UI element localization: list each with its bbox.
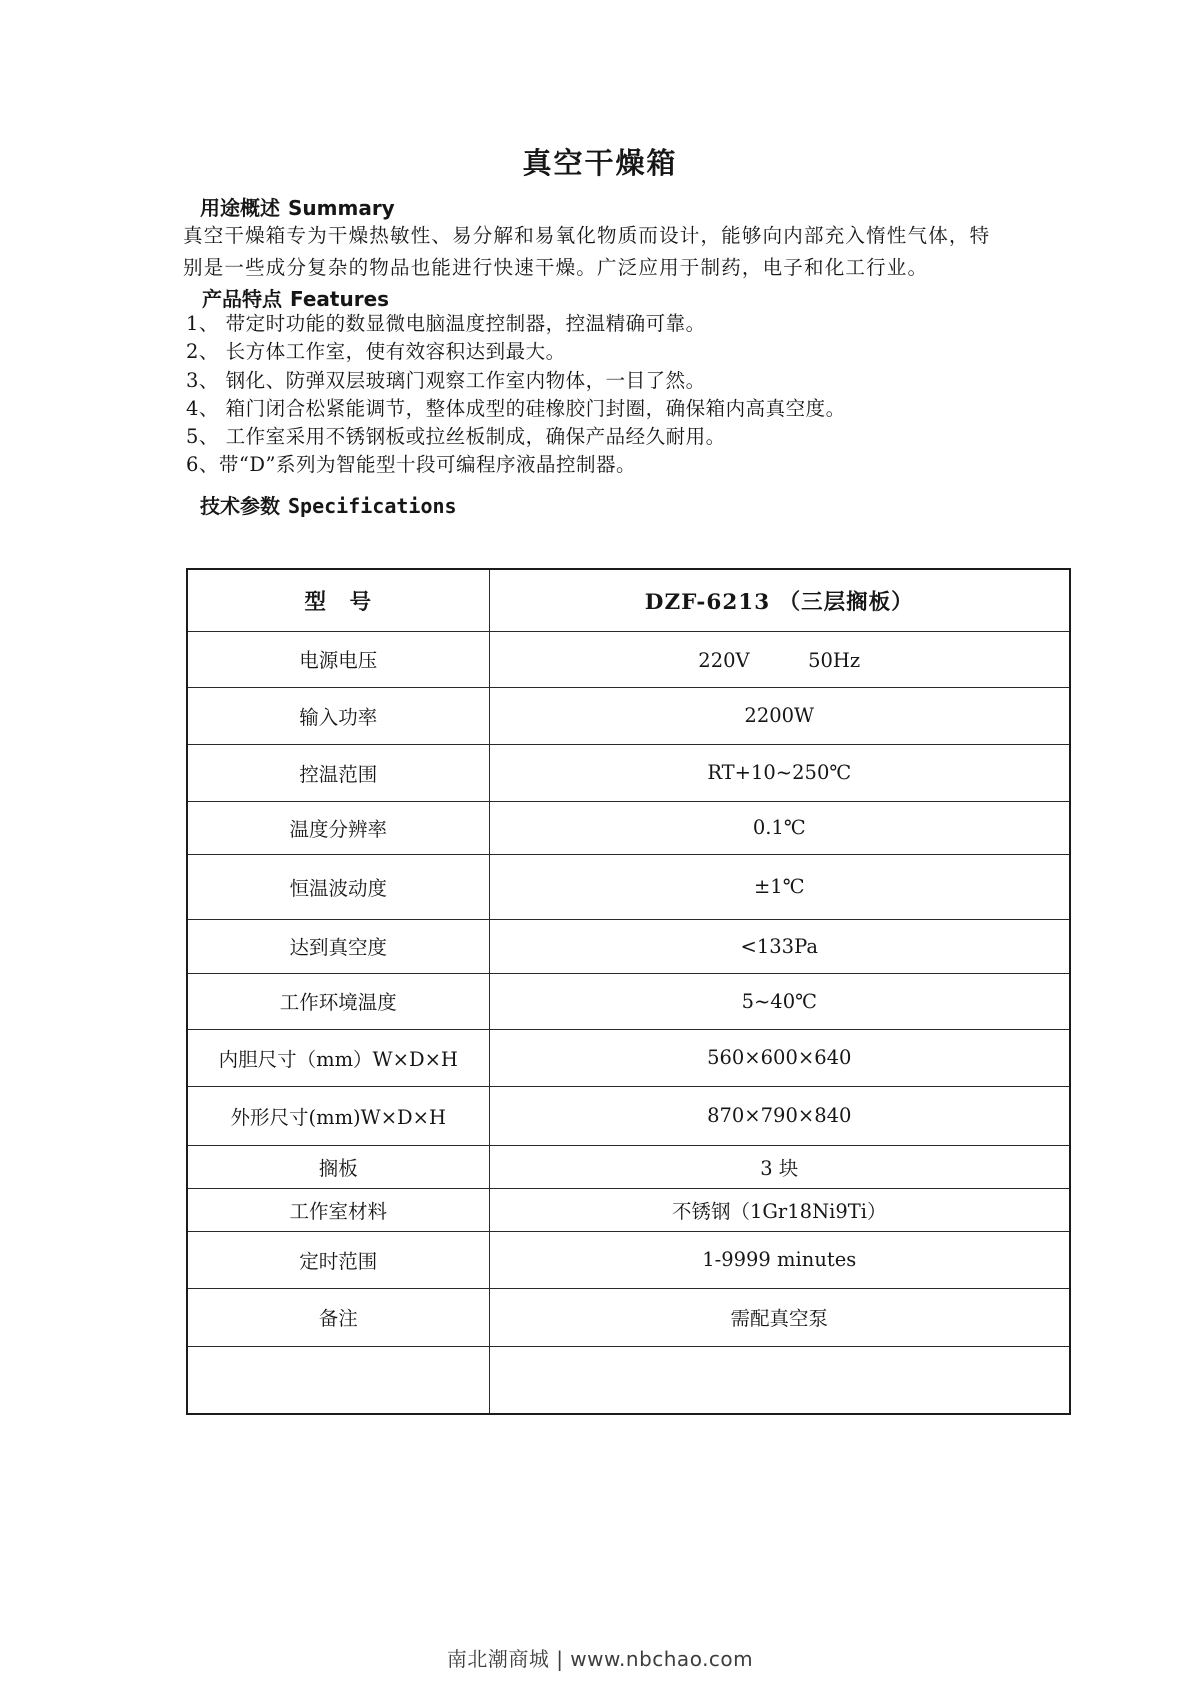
features-heading-zh: 产品特点	[202, 287, 282, 311]
spec-label-cell: 工作环境温度	[187, 973, 489, 1029]
summary-heading-en: Summary	[288, 196, 395, 220]
specs-heading-en: Specifications	[288, 494, 457, 518]
features-list: 1、 带定时功能的数显微电脑温度控制器，控温精确可靠。 2、 长方体工作室，使有…	[186, 310, 1046, 480]
spec-value-cell: <133Pa	[489, 919, 1070, 973]
spec-label-cell: 定时范围	[187, 1231, 489, 1288]
footer: 南北潮商城 | www.nbchao.com	[0, 1643, 1200, 1672]
feature-item: 3、 钢化、防弹双层玻璃门观察工作室内物体，一目了然。	[186, 367, 1046, 395]
table-row: 内胆尺寸（mm）W×D×H 560×600×640	[187, 1029, 1070, 1086]
feature-item: 5、 工作室采用不锈钢板或拉丝板制成，确保产品经久耐用。	[186, 423, 1046, 451]
spec-label-cell: 工作室材料	[187, 1188, 489, 1231]
section-heading-features: 产品特点Features	[202, 283, 389, 312]
section-heading-summary: 用途概述Summary	[200, 192, 395, 221]
spec-value-cell: 0.1℃	[489, 801, 1070, 854]
table-row: 外形尺寸(mm)W×D×H 870×790×840	[187, 1086, 1070, 1145]
feature-item: 1、 带定时功能的数显微电脑温度控制器，控温精确可靠。	[186, 310, 1046, 338]
features-heading-en: Features	[290, 287, 389, 311]
table-row: 搁板 3 块	[187, 1145, 1070, 1188]
paragraph-line: 真空干燥箱专为干燥热敏性、易分解和易氧化物质而设计，能够向内部充入惰性气体，特	[183, 220, 1028, 252]
spec-value-cell: 560×600×640	[489, 1029, 1070, 1086]
spec-value-cell: 5~40℃	[489, 973, 1070, 1029]
spec-value-cell: 1-9999 minutes	[489, 1231, 1070, 1288]
table-row: 工作环境温度 5~40℃	[187, 973, 1070, 1029]
specifications-table: 型 号 DZF-6213 （三层搁板） 电源电压 220V 50Hz 输入功率 …	[186, 568, 1071, 1415]
table-row: 达到真空度 <133Pa	[187, 919, 1070, 973]
footer-text: 南北潮商城 | www.nbchao.com	[447, 1647, 753, 1671]
table-row: 控温范围 RT+10~250℃	[187, 744, 1070, 801]
spec-label-cell: 达到真空度	[187, 919, 489, 973]
table-header-row: 型 号 DZF-6213 （三层搁板）	[187, 569, 1070, 631]
table-row-empty	[187, 1346, 1070, 1414]
spec-value-cell: 870×790×840	[489, 1086, 1070, 1145]
spec-label-cell: 温度分辨率	[187, 801, 489, 854]
feature-item: 2、 长方体工作室，使有效容积达到最大。	[186, 338, 1046, 366]
document-page: 真空干燥箱 用途概述Summary 真空干燥箱专为干燥热敏性、易分解和易氧化物质…	[0, 0, 1200, 1697]
paragraph-line: 别是一些成分复杂的物品也能进行快速干燥。广泛应用于制药，电子和化工行业。	[183, 252, 1028, 284]
spec-value-cell: 3 块	[489, 1145, 1070, 1188]
table-row: 工作室材料 不锈钢（1Gr18Ni9Ti）	[187, 1188, 1070, 1231]
spec-label-cell: 输入功率	[187, 687, 489, 744]
table-row: 电源电压 220V 50Hz	[187, 631, 1070, 687]
table-row: 备注 需配真空泵	[187, 1288, 1070, 1346]
spec-label-cell: 电源电压	[187, 631, 489, 687]
spec-label-cell	[187, 1346, 489, 1414]
feature-item: 4、 箱门闭合松紧能调节，整体成型的硅橡胶门封圈，确保箱内高真空度。	[186, 395, 1046, 423]
specs-heading-zh: 技术参数	[200, 494, 280, 518]
table-row: 定时范围 1-9999 minutes	[187, 1231, 1070, 1288]
spec-label-cell: 外形尺寸(mm)W×D×H	[187, 1086, 489, 1145]
model-label-cell: 型 号	[187, 569, 489, 631]
section-heading-specifications: 技术参数Specifications	[200, 490, 457, 519]
spec-value-cell: 需配真空泵	[489, 1288, 1070, 1346]
model-value-cell: DZF-6213 （三层搁板）	[489, 569, 1070, 631]
spec-value-cell: ±1℃	[489, 854, 1070, 919]
spec-value-cell: 2200W	[489, 687, 1070, 744]
spec-value-cell	[489, 1346, 1070, 1414]
page-title: 真空干燥箱	[0, 141, 1200, 182]
summary-heading-zh: 用途概述	[200, 196, 280, 220]
spec-value-cell: RT+10~250℃	[489, 744, 1070, 801]
spec-value-cell: 不锈钢（1Gr18Ni9Ti）	[489, 1188, 1070, 1231]
summary-paragraph: 真空干燥箱专为干燥热敏性、易分解和易氧化物质而设计，能够向内部充入惰性气体，特 …	[183, 220, 1028, 284]
table-row: 恒温波动度 ±1℃	[187, 854, 1070, 919]
spec-label-cell: 恒温波动度	[187, 854, 489, 919]
table-row: 输入功率 2200W	[187, 687, 1070, 744]
spec-label-cell: 控温范围	[187, 744, 489, 801]
table-row: 温度分辨率 0.1℃	[187, 801, 1070, 854]
spec-label-cell: 搁板	[187, 1145, 489, 1188]
feature-item: 6、带“D”系列为智能型十段可编程序液晶控制器。	[186, 451, 1046, 479]
spec-label-cell: 内胆尺寸（mm）W×D×H	[187, 1029, 489, 1086]
spec-value-cell: 220V 50Hz	[489, 631, 1070, 687]
spec-label-cell: 备注	[187, 1288, 489, 1346]
